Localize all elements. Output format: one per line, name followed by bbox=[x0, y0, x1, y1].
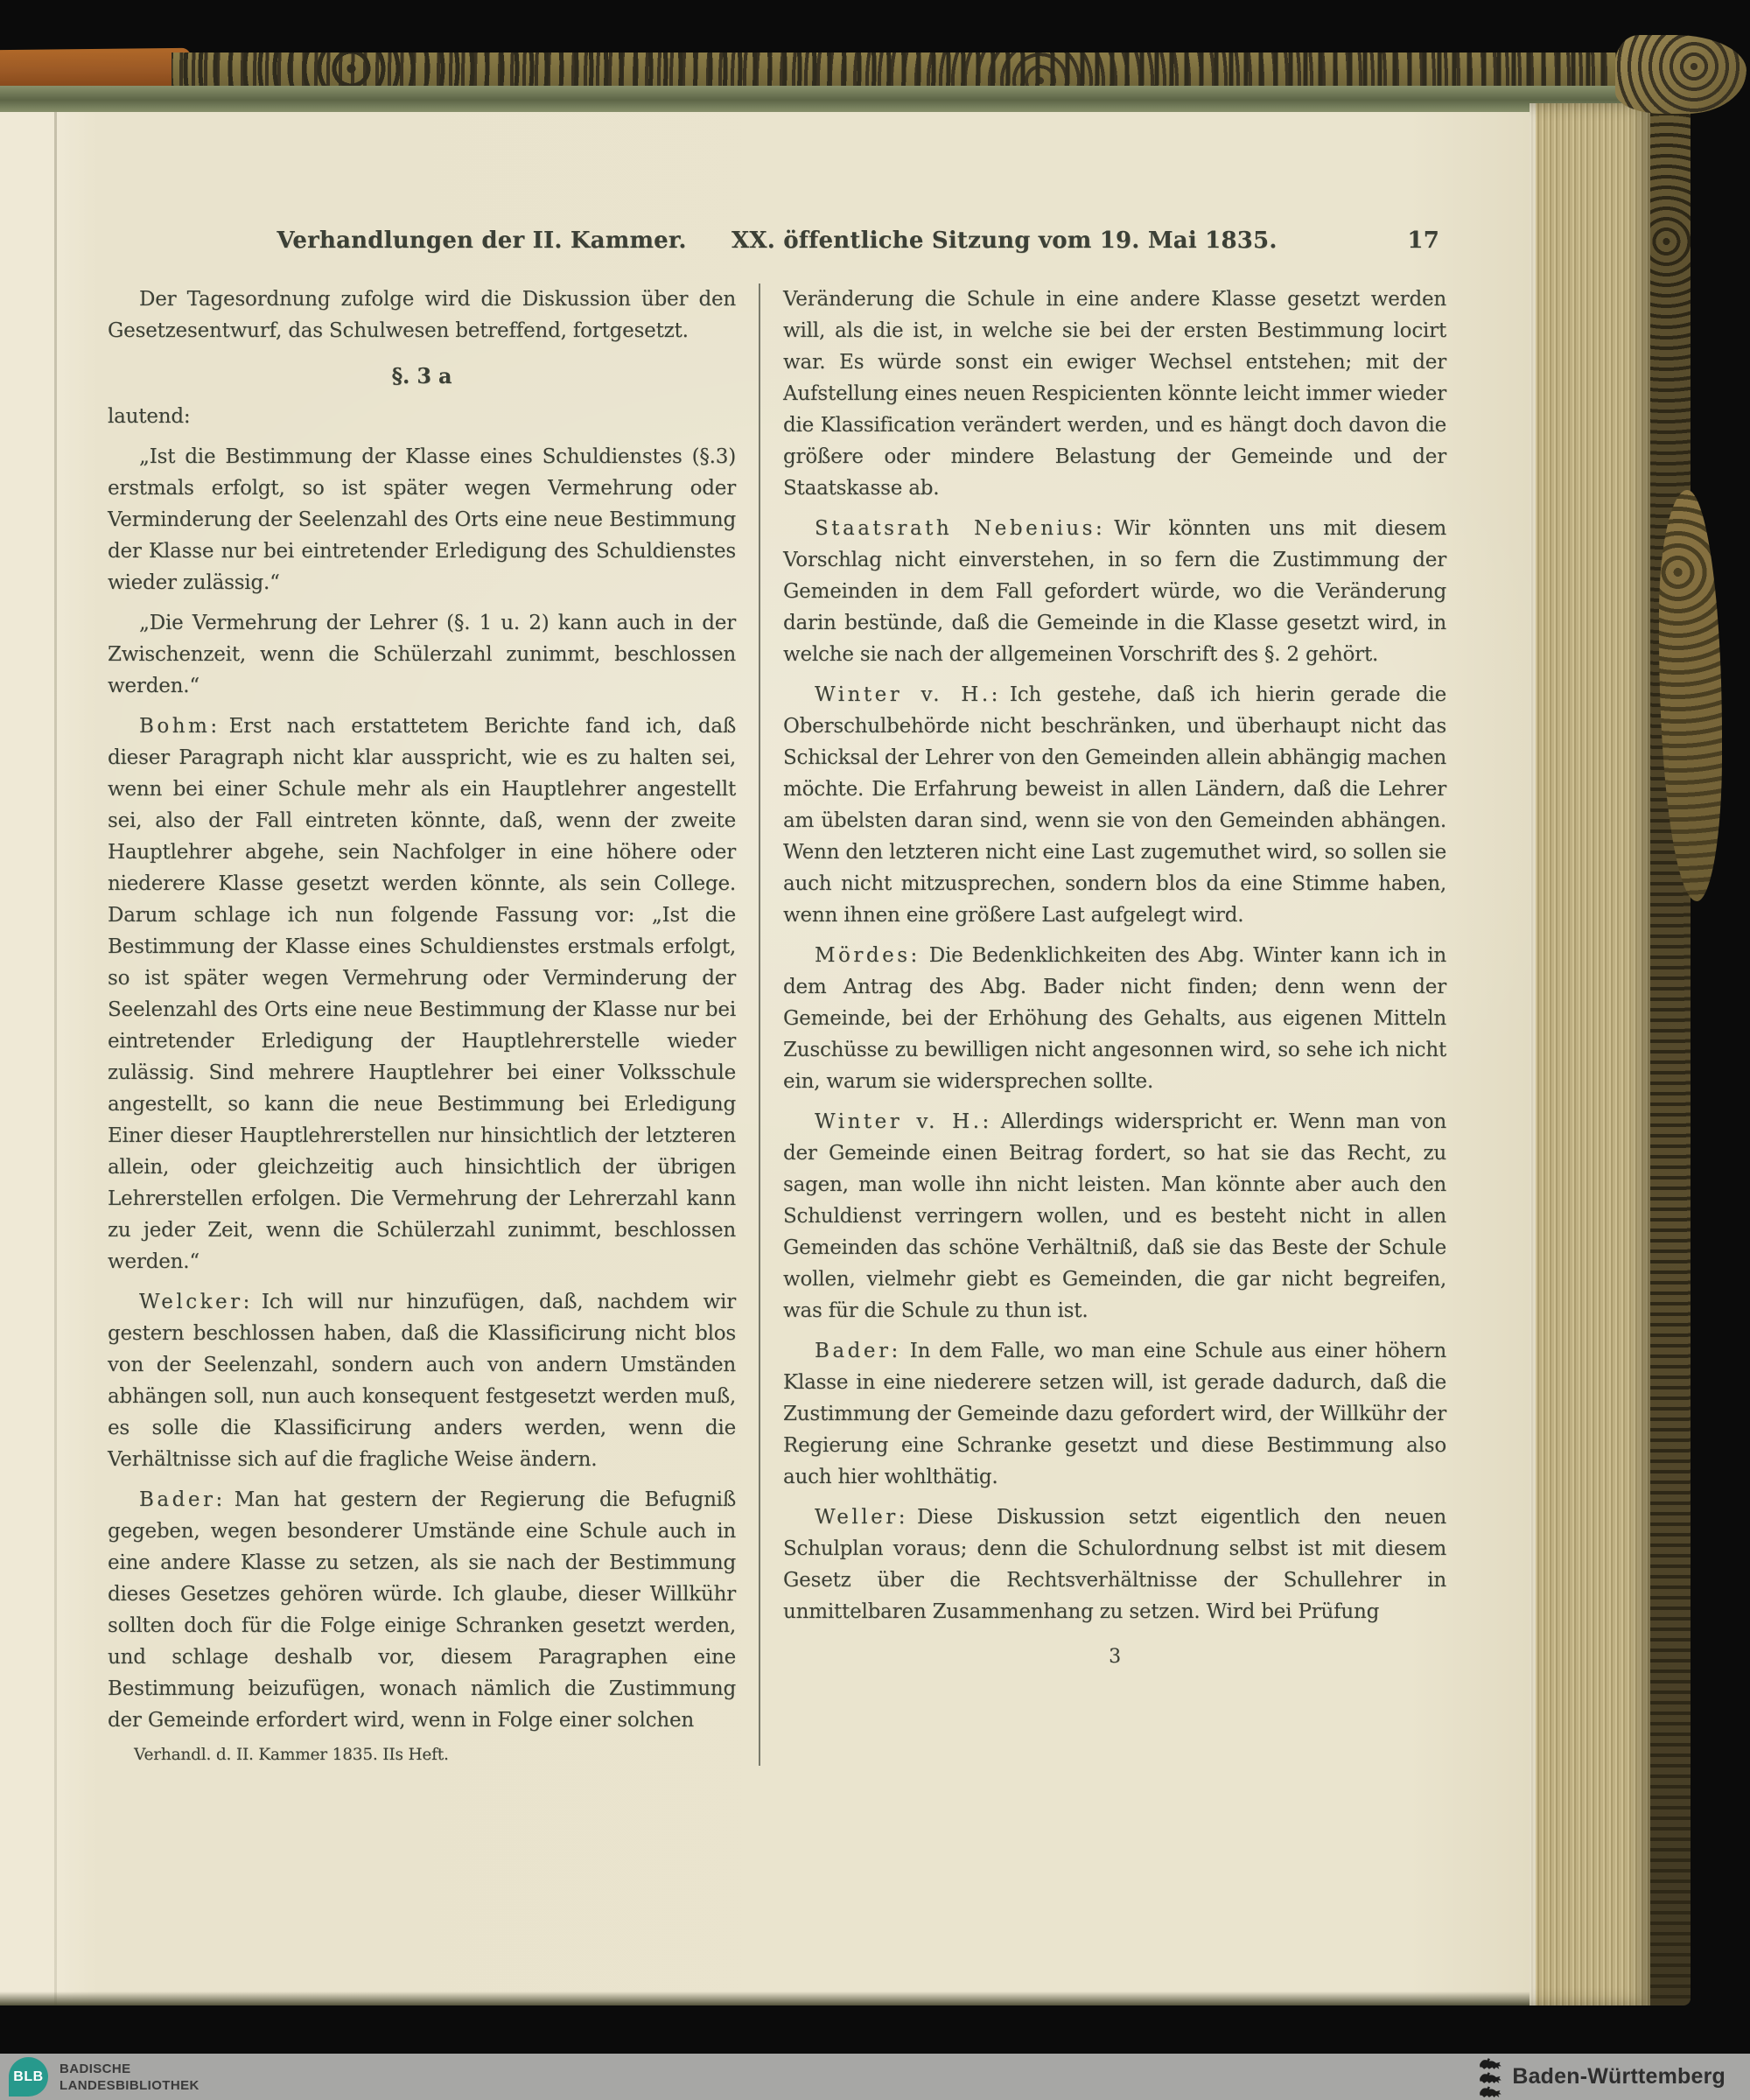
text-columns: Der Tagesordnung zufolge wird die Diskus… bbox=[108, 283, 1446, 1766]
right-column: Veränderung die Schule in eine andere Kl… bbox=[759, 283, 1446, 1766]
signature-mark: 3 bbox=[783, 1641, 1446, 1673]
library-name-line2: LANDESBIBLIOTHEK bbox=[59, 2077, 199, 2094]
speech-paragraph: Weller:Diese Diskussion setzt eigentlich… bbox=[783, 1501, 1446, 1627]
speech-paragraph: Staatsrath Nebenius:Wir könnten uns mit … bbox=[783, 513, 1446, 670]
library-name-line1: BADISCHE bbox=[59, 2061, 199, 2077]
speaker-name: Bohm: bbox=[139, 715, 220, 738]
speech-paragraph: Winter v. H.:Allerdings widerspricht er.… bbox=[783, 1106, 1446, 1326]
book-cover-right-edge bbox=[1650, 45, 1690, 2005]
book-fore-edge-pages bbox=[1529, 103, 1654, 2005]
speaker-name: Weller: bbox=[815, 1506, 908, 1529]
volume-footnote: Verhandl. d. II. Kammer 1835. IIs Heft. bbox=[108, 1745, 736, 1766]
state-name: Baden-Württemberg bbox=[1512, 2064, 1725, 2089]
speaker-name: Winter v. H.: bbox=[815, 1110, 992, 1133]
speech-paragraph: Welcker:Ich will nur hinzufügen, daß, na… bbox=[108, 1286, 736, 1475]
library-name: BADISCHE LANDESBIBLIOTHEK bbox=[59, 2061, 199, 2094]
cover-corner-patch bbox=[1615, 35, 1746, 114]
running-header: Verhandlungen der II. Kammer. XX. öffent… bbox=[108, 227, 1446, 254]
speaker-name: Bader: bbox=[815, 1340, 901, 1362]
speech-text: Ich will nur hinzufügen, daß, nachdem wi… bbox=[108, 1291, 736, 1471]
scan-background: Verhandlungen der II. Kammer. XX. öffent… bbox=[0, 0, 1750, 2100]
speaker-name: Welcker: bbox=[139, 1291, 253, 1313]
blb-logo-icon: BLB bbox=[9, 2057, 48, 2096]
quoted-paragraph: „Die Vermehrung der Lehrer (§. 1 u. 2) k… bbox=[108, 607, 736, 702]
bw-three-lions-icon bbox=[1479, 2057, 1501, 2097]
section-heading: §. 3 a bbox=[108, 360, 736, 392]
speech-text: Erst nach erstattetem Berichte fand ich,… bbox=[108, 715, 736, 1273]
speaker-name: Winter v. H.: bbox=[815, 683, 1001, 706]
viewer-footer-bar: BLB BADISCHE LANDESBIBLIOTHEK Baden-Würt… bbox=[0, 2054, 1750, 2100]
speaker-name: Staatsrath Nebenius: bbox=[815, 517, 1105, 540]
paragraph: lautend: bbox=[108, 401, 736, 432]
book-page: Verhandlungen der II. Kammer. XX. öffent… bbox=[0, 112, 1529, 2005]
page-number: 17 bbox=[1407, 227, 1439, 254]
library-branding: BLB BADISCHE LANDESBIBLIOTHEK bbox=[9, 2057, 199, 2096]
paragraph: Der Tagesordnung zufolge wird die Diskus… bbox=[108, 283, 736, 346]
speech-paragraph: Mördes:Die Bedenklichkeiten des Abg. Win… bbox=[783, 940, 1446, 1097]
speech-text: Man hat gestern der Regierung die Befugn… bbox=[108, 1488, 736, 1732]
continuation-paragraph: Veränderung die Schule in eine andere Kl… bbox=[783, 283, 1446, 504]
speech-paragraph: Bader:Man hat gestern der Regierung die … bbox=[108, 1484, 736, 1736]
speech-text: Ich gestehe, daß ich hierin gerade die O… bbox=[783, 683, 1446, 927]
running-header-right: XX. öffentliche Sitzung vom 19. Mai 1835… bbox=[731, 227, 1277, 254]
speech-paragraph: Bader:In dem Falle, wo man eine Schule a… bbox=[783, 1335, 1446, 1493]
running-header-left: Verhandlungen der II. Kammer. bbox=[276, 227, 686, 254]
speech-paragraph: Winter v. H.:Ich gestehe, daß ich hierin… bbox=[783, 679, 1446, 931]
speaker-name: Bader: bbox=[139, 1488, 226, 1511]
state-branding: Baden-Württemberg bbox=[1479, 2057, 1725, 2097]
left-column: Der Tagesordnung zufolge wird die Diskus… bbox=[108, 283, 736, 1766]
speech-paragraph: Bohm:Erst nach erstattetem Berichte fand… bbox=[108, 710, 736, 1277]
quoted-paragraph: „Ist die Bestimmung der Klasse eines Sch… bbox=[108, 441, 736, 598]
speaker-name: Mördes: bbox=[815, 944, 920, 967]
speech-text: Allerdings widerspricht er. Wenn man von… bbox=[783, 1110, 1446, 1322]
